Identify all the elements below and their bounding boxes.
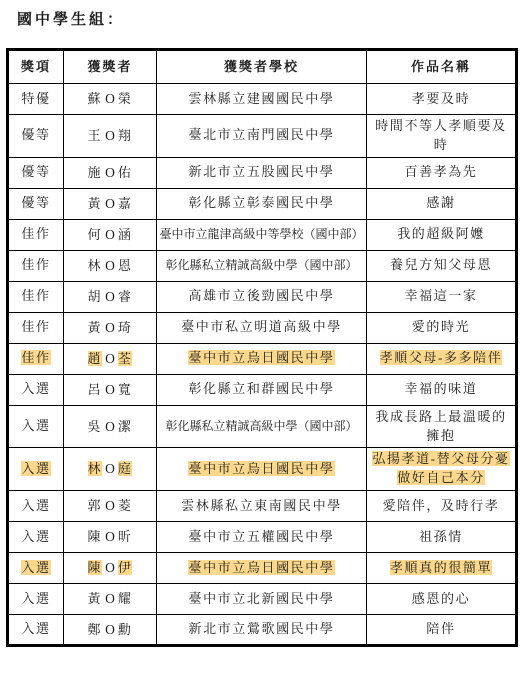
- school-cell: 新北市立五股國民中學: [157, 157, 367, 188]
- school-name: 雲林縣私立東南國民中學: [181, 498, 342, 513]
- award-cell: 優等: [8, 157, 64, 188]
- work-title: 感謝: [426, 195, 455, 210]
- winner-surname: 林: [88, 461, 103, 476]
- school-cell: 雲林縣立建國國民中學: [157, 84, 367, 115]
- work-title-cell: 孝順真的很簡單: [367, 553, 517, 584]
- cell-text: 佳作: [21, 226, 50, 241]
- school-name: 臺中市立五權國民中學: [188, 529, 334, 544]
- table-row: 入選呂O寬彰化縣立和群國民中學幸福的味道: [8, 374, 517, 405]
- work-title-cell: 時間不等人孝順要及時: [367, 115, 517, 158]
- work-title-cell: 幸福的味道: [367, 374, 517, 405]
- masked-char: O: [105, 128, 115, 143]
- table-row: 優等施O佑新北市立五股國民中學百善孝為先: [8, 157, 517, 188]
- award-cell: 優等: [8, 115, 64, 158]
- winner-cell: 趙O荃: [64, 343, 157, 374]
- work-title: 幸福的味道: [404, 381, 477, 396]
- cell-text: 入選: [21, 621, 50, 636]
- table-row: 佳作何O涵臺中市立龍津高級中等學校（國中部）我的超級阿嬤: [8, 219, 517, 250]
- award-cell: 入選: [8, 491, 64, 522]
- winner-given-name: 涵: [118, 227, 133, 242]
- school-cell: 新北市立鶯歌國民中學: [157, 615, 367, 646]
- cell-text: 優等: [21, 164, 50, 179]
- award-cell: 佳作: [8, 343, 64, 374]
- cell-text: 佳作: [21, 288, 50, 303]
- cell-text: 入選: [21, 381, 50, 396]
- work-title-cell: 孝順父母-多多陪伴: [367, 343, 517, 374]
- cell-text: 入選: [21, 498, 50, 513]
- masked-char: O: [105, 91, 115, 106]
- winner-cell: 黃O嘉: [64, 188, 157, 219]
- cell-text: 佳作: [21, 350, 50, 365]
- masked-char: O: [105, 289, 115, 304]
- award-cell: 入選: [8, 615, 64, 646]
- school-name: 臺北市立南門國民中學: [188, 127, 334, 142]
- winner-given-name: 嘉: [118, 196, 133, 211]
- school-cell: 高雄市立後勁國民中學: [157, 281, 367, 312]
- winner-given-name: 耀: [118, 591, 133, 606]
- winner-given-name: 睿: [118, 289, 133, 304]
- masked-char: O: [105, 529, 115, 544]
- work-title-cell: 弘揚孝道-替父母分憂做好自己本分: [367, 448, 517, 491]
- winner-surname: 黃: [88, 320, 103, 335]
- work-title: 陪伴: [426, 621, 455, 636]
- award-cell: 入選: [8, 584, 64, 615]
- table-row: 佳作胡O睿高雄市立後勁國民中學幸福這一家: [8, 281, 517, 312]
- table-row: 入選陳O昕臺中市立五權國民中學祖孫情: [8, 522, 517, 553]
- work-title: 祖孫情: [419, 529, 463, 544]
- school-name: 彰化縣私立精誠高級中學（國中部）: [165, 419, 357, 433]
- work-title: 弘揚孝道-替父母分憂做好自己本分: [372, 451, 509, 485]
- table-row: 佳作林O恩彰化縣私立精誠高級中學（國中部）養兒方知父母恩: [8, 250, 517, 281]
- work-title-cell: 感恩的心: [367, 584, 517, 615]
- school-name: 高雄市立後勁國民中學: [188, 288, 334, 303]
- work-title: 幸福這一家: [404, 288, 477, 303]
- cell-text: 佳作: [21, 257, 50, 272]
- table-body: 特優蘇O榮雲林縣立建國國民中學孝要及時優等王O翔臺北市立南門國民中學時間不等人孝…: [8, 84, 517, 646]
- table-row: 入選陳O伊臺中市立烏日國民中學孝順真的很簡單: [8, 553, 517, 584]
- column-header: 獲獎者: [64, 50, 157, 84]
- winner-surname: 王: [88, 128, 103, 143]
- winner-surname: 吳: [88, 419, 103, 434]
- school-cell: 臺中市立烏日國民中學: [157, 343, 367, 374]
- winner-cell: 呂O寬: [64, 374, 157, 405]
- winner-cell: 鄭O勳: [64, 615, 157, 646]
- winner-cell: 黃O耀: [64, 584, 157, 615]
- winner-surname: 何: [88, 227, 103, 242]
- cell-text: 入選: [21, 560, 50, 575]
- school-name: 臺中市立龍津高級中等學校（國中部）: [159, 227, 363, 241]
- table-row: 入選郭O菱雲林縣私立東南國民中學愛陪伴，及時行孝: [8, 491, 517, 522]
- winner-given-name: 翔: [118, 128, 133, 143]
- masked-char: O: [105, 351, 115, 366]
- winner-given-name: 恩: [118, 258, 133, 273]
- cell-text: 特優: [21, 91, 50, 106]
- work-title-cell: 我的超級阿嬤: [367, 219, 517, 250]
- school-name: 新北市立五股國民中學: [188, 164, 334, 179]
- school-name: 彰化縣立和群國民中學: [188, 381, 334, 396]
- winner-surname: 蘇: [88, 91, 103, 106]
- winner-cell: 林O庭: [64, 448, 157, 491]
- cell-text: 優等: [21, 127, 50, 142]
- masked-char: O: [105, 165, 115, 180]
- winner-surname: 黃: [88, 591, 103, 606]
- masked-char: O: [105, 320, 115, 335]
- winner-surname: 施: [88, 165, 103, 180]
- work-title: 愛的時光: [412, 319, 470, 334]
- cell-text: 入選: [21, 591, 50, 606]
- winner-cell: 胡O睿: [64, 281, 157, 312]
- work-title: 感恩的心: [412, 591, 470, 606]
- table-row: 入選黃O耀臺中市立北新國民中學感恩的心: [8, 584, 517, 615]
- award-cell: 佳作: [8, 219, 64, 250]
- winner-surname: 郭: [88, 498, 103, 513]
- winner-cell: 陳O昕: [64, 522, 157, 553]
- work-title-cell: 愛的時光: [367, 312, 517, 343]
- table-row: 優等王O翔臺北市立南門國民中學時間不等人孝順要及時: [8, 115, 517, 158]
- school-cell: 彰化縣私立精誠高級中學（國中部）: [157, 250, 367, 281]
- cell-text: 佳作: [21, 319, 50, 334]
- winner-cell: 郭O菱: [64, 491, 157, 522]
- awards-table: 獎項獲獎者獲獎者學校作品名稱 特優蘇O榮雲林縣立建國國民中學孝要及時優等王O翔臺…: [6, 48, 518, 647]
- work-title: 百善孝為先: [404, 164, 477, 179]
- masked-char: O: [105, 258, 115, 273]
- table-row: 特優蘇O榮雲林縣立建國國民中學孝要及時: [8, 84, 517, 115]
- masked-char: O: [105, 419, 115, 434]
- school-cell: 臺中市立五權國民中學: [157, 522, 367, 553]
- school-cell: 臺北市立南門國民中學: [157, 115, 367, 158]
- school-cell: 雲林縣私立東南國民中學: [157, 491, 367, 522]
- school-name: 雲林縣立建國國民中學: [188, 91, 334, 106]
- winner-given-name: 榮: [118, 91, 133, 106]
- award-cell: 佳作: [8, 312, 64, 343]
- table-row: 佳作黃O琦臺中市私立明道高級中學愛的時光: [8, 312, 517, 343]
- work-title: 孝要及時: [412, 91, 470, 106]
- award-cell: 入選: [8, 405, 64, 448]
- winner-given-name: 寬: [118, 382, 133, 397]
- school-name: 彰化縣私立精誠高級中學（國中部）: [165, 258, 357, 272]
- masked-char: O: [105, 622, 115, 637]
- award-cell: 佳作: [8, 281, 64, 312]
- table-row: 佳作趙O荃臺中市立烏日國民中學孝順父母-多多陪伴: [8, 343, 517, 374]
- column-header: 作品名稱: [367, 50, 517, 84]
- winner-given-name: 佑: [118, 165, 133, 180]
- winner-surname: 趙: [88, 351, 103, 366]
- award-cell: 入選: [8, 448, 64, 491]
- work-title: 養兒方知父母恩: [390, 257, 492, 272]
- masked-char: O: [105, 498, 115, 513]
- cell-text: 入選: [21, 461, 50, 476]
- masked-char: O: [105, 461, 115, 476]
- winner-surname: 胡: [88, 289, 103, 304]
- award-cell: 入選: [8, 553, 64, 584]
- work-title: 愛陪伴，及時行孝: [383, 498, 500, 513]
- cell-text: 入選: [21, 418, 50, 433]
- winner-given-name: 伊: [118, 560, 133, 575]
- winner-cell: 蘇O榮: [64, 84, 157, 115]
- work-title-cell: 孝要及時: [367, 84, 517, 115]
- masked-char: O: [105, 382, 115, 397]
- winner-cell: 林O恩: [64, 250, 157, 281]
- work-title: 我的超級阿嬤: [397, 226, 485, 241]
- award-cell: 優等: [8, 188, 64, 219]
- award-cell: 入選: [8, 374, 64, 405]
- school-cell: 臺中市立烏日國民中學: [157, 448, 367, 491]
- winner-cell: 何O涵: [64, 219, 157, 250]
- school-cell: 臺中市私立明道高級中學: [157, 312, 367, 343]
- school-name: 彰化縣立彰泰國民中學: [188, 195, 334, 210]
- award-cell: 特優: [8, 84, 64, 115]
- winner-cell: 王O翔: [64, 115, 157, 158]
- winner-surname: 黃: [88, 196, 103, 211]
- school-cell: 臺中市立龍津高級中等學校（國中部）: [157, 219, 367, 250]
- winner-surname: 林: [88, 258, 103, 273]
- winner-cell: 施O佑: [64, 157, 157, 188]
- masked-char: O: [105, 591, 115, 606]
- school-cell: 彰化縣立彰泰國民中學: [157, 188, 367, 219]
- winner-surname: 陳: [88, 560, 103, 575]
- page-title: 國中學生組：: [17, 8, 125, 29]
- work-title-cell: 祖孫情: [367, 522, 517, 553]
- winner-given-name: 荃: [118, 351, 133, 366]
- work-title-cell: 感謝: [367, 188, 517, 219]
- column-header: 獎項: [8, 50, 64, 84]
- work-title: 時間不等人孝順要及時: [375, 118, 506, 152]
- work-title-cell: 愛陪伴，及時行孝: [367, 491, 517, 522]
- winner-surname: 陳: [88, 529, 103, 544]
- school-name: 新北市立鶯歌國民中學: [188, 621, 334, 636]
- school-name: 臺中市立烏日國民中學: [188, 350, 334, 365]
- school-cell: 彰化縣立和群國民中學: [157, 374, 367, 405]
- school-name: 臺中市立北新國民中學: [188, 591, 334, 606]
- column-header: 獲獎者學校: [157, 50, 367, 84]
- winner-given-name: 勳: [118, 622, 133, 637]
- school-cell: 臺中市立烏日國民中學: [157, 553, 367, 584]
- work-title: 孝順真的很簡單: [390, 560, 492, 575]
- school-name: 臺中市立烏日國民中學: [188, 560, 334, 575]
- winner-surname: 呂: [88, 382, 103, 397]
- winner-given-name: 庭: [118, 461, 133, 476]
- winner-given-name: 琦: [118, 320, 133, 335]
- masked-char: O: [105, 227, 115, 242]
- header-row: 獎項獲獎者獲獎者學校作品名稱: [8, 50, 517, 84]
- cell-text: 入選: [21, 529, 50, 544]
- masked-char: O: [105, 196, 115, 211]
- award-cell: 入選: [8, 522, 64, 553]
- winner-cell: 陳O伊: [64, 553, 157, 584]
- work-title: 孝順父母-多多陪伴: [380, 350, 503, 365]
- winner-surname: 鄭: [88, 622, 103, 637]
- winner-cell: 黃O琦: [64, 312, 157, 343]
- work-title-cell: 幸福這一家: [367, 281, 517, 312]
- school-name: 臺中市立烏日國民中學: [188, 461, 334, 476]
- winner-cell: 吳O潔: [64, 405, 157, 448]
- table-row: 入選吳O潔彰化縣私立精誠高級中學（國中部）我成長路上最溫暖的擁抱: [8, 405, 517, 448]
- table-row: 入選鄭O勳新北市立鶯歌國民中學陪伴: [8, 615, 517, 646]
- masked-char: O: [105, 560, 115, 575]
- cell-text: 優等: [21, 195, 50, 210]
- work-title-cell: 我成長路上最溫暖的擁抱: [367, 405, 517, 448]
- table-row: 優等黃O嘉彰化縣立彰泰國民中學感謝: [8, 188, 517, 219]
- work-title-cell: 百善孝為先: [367, 157, 517, 188]
- school-name: 臺中市私立明道高級中學: [181, 319, 342, 334]
- table-row: 入選林O庭臺中市立烏日國民中學弘揚孝道-替父母分憂做好自己本分: [8, 448, 517, 491]
- winner-given-name: 昕: [118, 529, 133, 544]
- school-cell: 臺中市立北新國民中學: [157, 584, 367, 615]
- work-title-cell: 養兒方知父母恩: [367, 250, 517, 281]
- winner-given-name: 潔: [118, 419, 133, 434]
- award-cell: 佳作: [8, 250, 64, 281]
- work-title-cell: 陪伴: [367, 615, 517, 646]
- work-title: 我成長路上最溫暖的擁抱: [375, 409, 506, 443]
- school-cell: 彰化縣私立精誠高級中學（國中部）: [157, 405, 367, 448]
- winner-given-name: 菱: [118, 498, 133, 513]
